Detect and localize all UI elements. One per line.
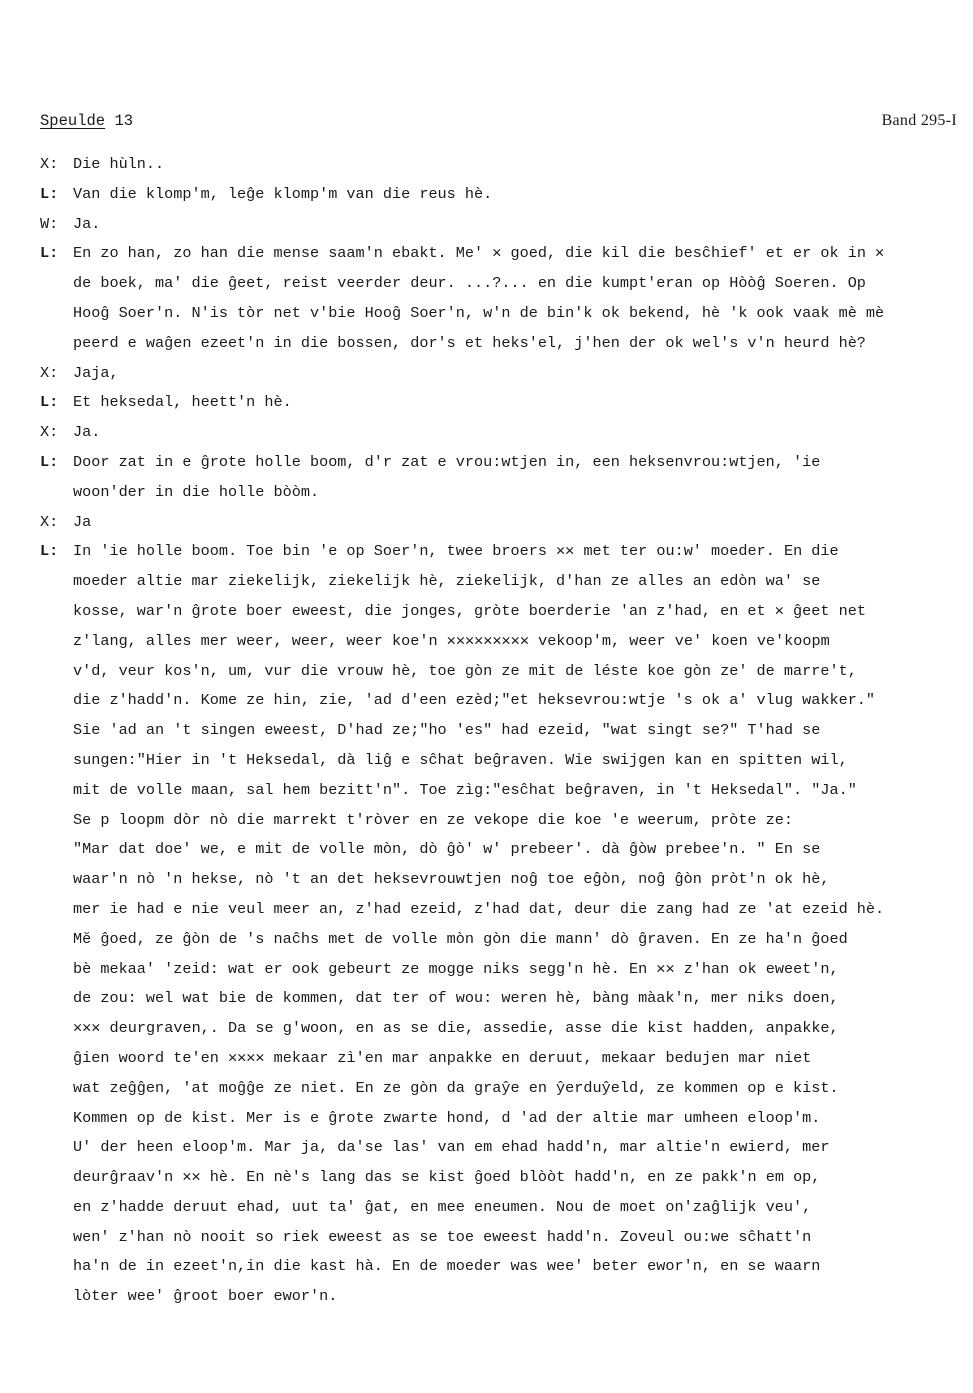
utterance-text: Jaja,	[73, 359, 965, 389]
speaker-label: L:	[40, 239, 73, 358]
transcript-body: X:Die hùln..L:Van die klomp'm, leĝe klom…	[40, 150, 965, 1312]
utterance-text: Ja.	[73, 418, 965, 448]
speaker-label: W:	[40, 210, 73, 240]
transcript-turn: L:In 'ie holle boom. Toe bin 'e op Soer'…	[40, 537, 965, 1312]
transcript-turn: X:Die hùln..	[40, 150, 965, 180]
location-label: Speulde 13	[40, 112, 133, 130]
speaker-label: L:	[40, 448, 73, 508]
transcript-turn: X:Ja.	[40, 418, 965, 448]
transcript-turn: L:En zo han, zo han die mense saam'n eba…	[40, 239, 965, 358]
utterance-text: In 'ie holle boom. Toe bin 'e op Soer'n,…	[73, 537, 965, 1312]
utterance-text: Die hùln..	[73, 150, 965, 180]
speaker-label: L:	[40, 180, 73, 210]
utterance-text: Door zat in e ĝrote holle boom, d'r zat …	[73, 448, 965, 508]
speaker-label: X:	[40, 150, 73, 180]
speaker-label: X:	[40, 418, 73, 448]
transcript-turn: L:Et heksedal, heett'n hè.	[40, 388, 965, 418]
transcript-page: Speulde 13 Band 295-I X:Die hùln..L:Van …	[0, 0, 973, 1393]
utterance-text: Et heksedal, heett'n hè.	[73, 388, 965, 418]
place-name: Speulde	[40, 112, 105, 130]
utterance-text: Ja	[73, 508, 965, 538]
transcript-turn: W:Ja.	[40, 210, 965, 240]
transcript-turn: X:Ja	[40, 508, 965, 538]
transcript-turn: L:Door zat in e ĝrote holle boom, d'r za…	[40, 448, 965, 508]
page-header: Speulde 13 Band 295-I	[40, 112, 957, 136]
speaker-label: X:	[40, 508, 73, 538]
speaker-label: L:	[40, 388, 73, 418]
speaker-label: L:	[40, 537, 73, 1312]
transcript-turn: L:Van die klomp'm, leĝe klomp'm van die …	[40, 180, 965, 210]
utterance-text: Ja.	[73, 210, 965, 240]
speaker-label: X:	[40, 359, 73, 389]
utterance-text: En zo han, zo han die mense saam'n ebakt…	[73, 239, 965, 358]
band-label: Band 295-I	[882, 112, 957, 130]
recording-number: 13	[114, 112, 133, 130]
transcript-turn: X:Jaja,	[40, 359, 965, 389]
utterance-text: Van die klomp'm, leĝe klomp'm van die re…	[73, 180, 965, 210]
